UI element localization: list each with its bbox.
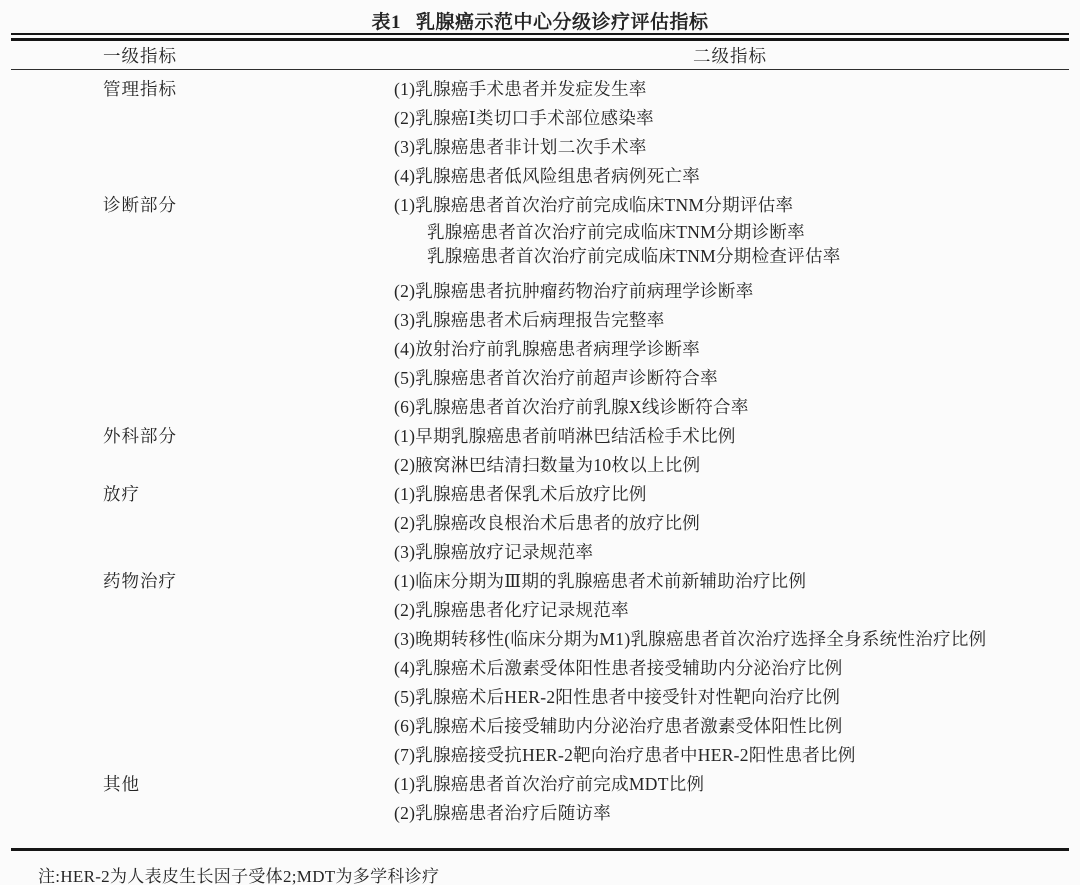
secondary-indicator-item: (2)乳腺癌患者化疗记录规范率	[391, 596, 1069, 625]
secondary-indicator-line: 乳腺癌患者首次治疗前完成临床TNM分期检查评估率	[391, 244, 1069, 268]
secondary-indicator-item: (6)乳腺癌患者首次治疗前乳腺X线诊断符合率	[391, 393, 1069, 422]
secondary-indicator-line: (5)乳腺癌患者首次治疗前超声诊断符合率	[391, 364, 1069, 393]
indicator-group-row: 其他(1)乳腺癌患者首次治疗前完成MDT比例(2)乳腺癌患者治疗后随访率	[11, 770, 1069, 828]
secondary-indicator-list: (1)临床分期为Ⅲ期的乳腺癌患者术前新辅助治疗比例(2)乳腺癌患者化疗记录规范率…	[391, 567, 1069, 770]
secondary-indicator-line: (1)早期乳腺癌患者前哨淋巴结活检手术比例	[391, 422, 1069, 451]
secondary-indicator-item: (1)乳腺癌患者首次治疗前完成临床TNM分期评估率乳腺癌患者首次治疗前完成临床T…	[391, 191, 1069, 268]
secondary-indicator-line: (7)乳腺癌接受抗HER-2靶向治疗患者中HER-2阳性患者比例	[391, 741, 1069, 770]
secondary-indicator-line: (2)乳腺癌改良根治术后患者的放疗比例	[391, 509, 1069, 538]
secondary-indicator-item: (4)放射治疗前乳腺癌患者病理学诊断率	[391, 335, 1069, 364]
secondary-indicator-item: (3)乳腺癌患者非计划二次手术率	[391, 133, 1069, 162]
secondary-indicator-item: (7)乳腺癌接受抗HER-2靶向治疗患者中HER-2阳性患者比例	[391, 741, 1069, 770]
secondary-indicator-line: (2)腋窝淋巴结清扫数量为10枚以上比例	[391, 451, 1069, 480]
secondary-indicator-line: (3)乳腺癌患者非计划二次手术率	[391, 133, 1069, 162]
secondary-indicator-line: (1)乳腺癌患者首次治疗前完成临床TNM分期评估率	[391, 191, 1069, 220]
secondary-indicator-line: (6)乳腺癌患者首次治疗前乳腺X线诊断符合率	[391, 393, 1069, 422]
secondary-indicator-list: (1)乳腺癌患者保乳术后放疗比例(2)乳腺癌改良根治术后患者的放疗比例(3)乳腺…	[391, 480, 1069, 567]
table-title: 表1乳腺癌示范中心分级诊疗评估指标	[0, 0, 1080, 33]
secondary-indicator-line: (1)乳腺癌手术患者并发症发生率	[391, 75, 1069, 104]
table-number: 表1	[371, 12, 401, 33]
paper-table-page: 表1乳腺癌示范中心分级诊疗评估指标 一级指标 二级指标 管理指标(1)乳腺癌手术…	[0, 0, 1080, 885]
primary-indicator-label: 药物治疗	[11, 567, 391, 770]
secondary-indicator-item: (3)乳腺癌患者术后病理报告完整率	[391, 306, 1069, 335]
secondary-indicator-line: (1)临床分期为Ⅲ期的乳腺癌患者术前新辅助治疗比例	[391, 567, 1069, 596]
primary-indicator-label: 放疗	[11, 480, 391, 567]
table-body: 管理指标(1)乳腺癌手术患者并发症发生率(2)乳腺癌Ⅰ类切口手术部位感染率(3)…	[11, 70, 1069, 848]
secondary-indicator-line: (2)乳腺癌患者抗肿瘤药物治疗前病理学诊断率	[391, 277, 1069, 306]
secondary-indicator-item: (2)乳腺癌患者治疗后随访率	[391, 799, 1069, 828]
primary-indicator-label: 管理指标	[11, 75, 391, 191]
secondary-indicator-line: (3)乳腺癌患者术后病理报告完整率	[391, 306, 1069, 335]
secondary-indicator-item: (5)乳腺癌术后HER-2阳性患者中接受针对性靶向治疗比例	[391, 683, 1069, 712]
secondary-indicator-item: (4)乳腺癌患者低风险组患者病例死亡率	[391, 162, 1069, 191]
indicator-group-row: 放疗(1)乳腺癌患者保乳术后放疗比例(2)乳腺癌改良根治术后患者的放疗比例(3)…	[11, 480, 1069, 567]
indicator-group-row: 外科部分(1)早期乳腺癌患者前哨淋巴结活检手术比例(2)腋窝淋巴结清扫数量为10…	[11, 422, 1069, 480]
secondary-indicator-item: (3)晚期转移性(临床分期为M1)乳腺癌患者首次治疗选择全身系统性治疗比例	[391, 625, 1069, 654]
secondary-indicator-line: (4)乳腺癌术后激素受体阳性患者接受辅助内分泌治疗比例	[391, 654, 1069, 683]
indicator-table: 一级指标 二级指标 管理指标(1)乳腺癌手术患者并发症发生率(2)乳腺癌Ⅰ类切口…	[11, 33, 1069, 851]
secondary-indicator-line: (6)乳腺癌术后接受辅助内分泌治疗患者激素受体阳性比例	[391, 712, 1069, 741]
secondary-indicator-item: (2)乳腺癌Ⅰ类切口手术部位感染率	[391, 104, 1069, 133]
secondary-indicator-line: (1)乳腺癌患者首次治疗前完成MDT比例	[391, 770, 1069, 799]
secondary-indicator-list: (1)乳腺癌手术患者并发症发生率(2)乳腺癌Ⅰ类切口手术部位感染率(3)乳腺癌患…	[391, 75, 1069, 191]
secondary-indicator-item: (4)乳腺癌术后激素受体阳性患者接受辅助内分泌治疗比例	[391, 654, 1069, 683]
secondary-indicator-item: (1)临床分期为Ⅲ期的乳腺癌患者术前新辅助治疗比例	[391, 567, 1069, 596]
indicator-group-row: 管理指标(1)乳腺癌手术患者并发症发生率(2)乳腺癌Ⅰ类切口手术部位感染率(3)…	[11, 75, 1069, 191]
secondary-indicator-item: (6)乳腺癌术后接受辅助内分泌治疗患者激素受体阳性比例	[391, 712, 1069, 741]
column-header-primary: 一级指标	[11, 43, 391, 68]
secondary-indicator-list: (1)乳腺癌患者首次治疗前完成临床TNM分期评估率乳腺癌患者首次治疗前完成临床T…	[391, 191, 1069, 422]
secondary-indicator-line: (4)放射治疗前乳腺癌患者病理学诊断率	[391, 335, 1069, 364]
secondary-indicator-list: (1)早期乳腺癌患者前哨淋巴结活检手术比例(2)腋窝淋巴结清扫数量为10枚以上比…	[391, 422, 1069, 480]
secondary-indicator-item: (2)乳腺癌患者抗肿瘤药物治疗前病理学诊断率	[391, 277, 1069, 306]
secondary-indicator-line: (2)乳腺癌患者治疗后随访率	[391, 799, 1069, 828]
secondary-indicator-item: (1)乳腺癌患者首次治疗前完成MDT比例	[391, 770, 1069, 799]
secondary-indicator-line: (3)乳腺癌放疗记录规范率	[391, 538, 1069, 567]
secondary-indicator-item: (3)乳腺癌放疗记录规范率	[391, 538, 1069, 567]
secondary-indicator-line: (2)乳腺癌Ⅰ类切口手术部位感染率	[391, 104, 1069, 133]
table-header-row: 一级指标 二级指标	[11, 41, 1069, 69]
primary-indicator-label: 其他	[11, 770, 391, 828]
secondary-indicator-item: (2)乳腺癌改良根治术后患者的放疗比例	[391, 509, 1069, 538]
secondary-indicator-line: (4)乳腺癌患者低风险组患者病例死亡率	[391, 162, 1069, 191]
secondary-indicator-line: (5)乳腺癌术后HER-2阳性患者中接受针对性靶向治疗比例	[391, 683, 1069, 712]
column-header-secondary: 二级指标	[391, 43, 1069, 68]
secondary-indicator-item: (1)早期乳腺癌患者前哨淋巴结活检手术比例	[391, 422, 1069, 451]
indicator-group-row: 诊断部分(1)乳腺癌患者首次治疗前完成临床TNM分期评估率乳腺癌患者首次治疗前完…	[11, 191, 1069, 422]
secondary-indicator-list: (1)乳腺癌患者首次治疗前完成MDT比例(2)乳腺癌患者治疗后随访率	[391, 770, 1069, 828]
secondary-indicator-item: (5)乳腺癌患者首次治疗前超声诊断符合率	[391, 364, 1069, 393]
table-footnote: 注:HER-2为人表皮生长因子受体2;MDT为多学科诊疗	[11, 851, 1069, 885]
primary-indicator-label: 外科部分	[11, 422, 391, 480]
secondary-indicator-line: (3)晚期转移性(临床分期为M1)乳腺癌患者首次治疗选择全身系统性治疗比例	[391, 625, 1069, 654]
secondary-indicator-line: 乳腺癌患者首次治疗前完成临床TNM分期诊断率	[391, 220, 1069, 244]
table-top-rule	[11, 33, 1069, 41]
secondary-indicator-line: (1)乳腺癌患者保乳术后放疗比例	[391, 480, 1069, 509]
secondary-indicator-item: (1)乳腺癌手术患者并发症发生率	[391, 75, 1069, 104]
secondary-indicator-line: (2)乳腺癌患者化疗记录规范率	[391, 596, 1069, 625]
indicator-group-row: 药物治疗(1)临床分期为Ⅲ期的乳腺癌患者术前新辅助治疗比例(2)乳腺癌患者化疗记…	[11, 567, 1069, 770]
primary-indicator-label: 诊断部分	[11, 191, 391, 422]
secondary-indicator-item: (1)乳腺癌患者保乳术后放疗比例	[391, 480, 1069, 509]
secondary-indicator-item: (2)腋窝淋巴结清扫数量为10枚以上比例	[391, 451, 1069, 480]
table-title-text: 乳腺癌示范中心分级诊疗评估指标	[416, 12, 709, 33]
